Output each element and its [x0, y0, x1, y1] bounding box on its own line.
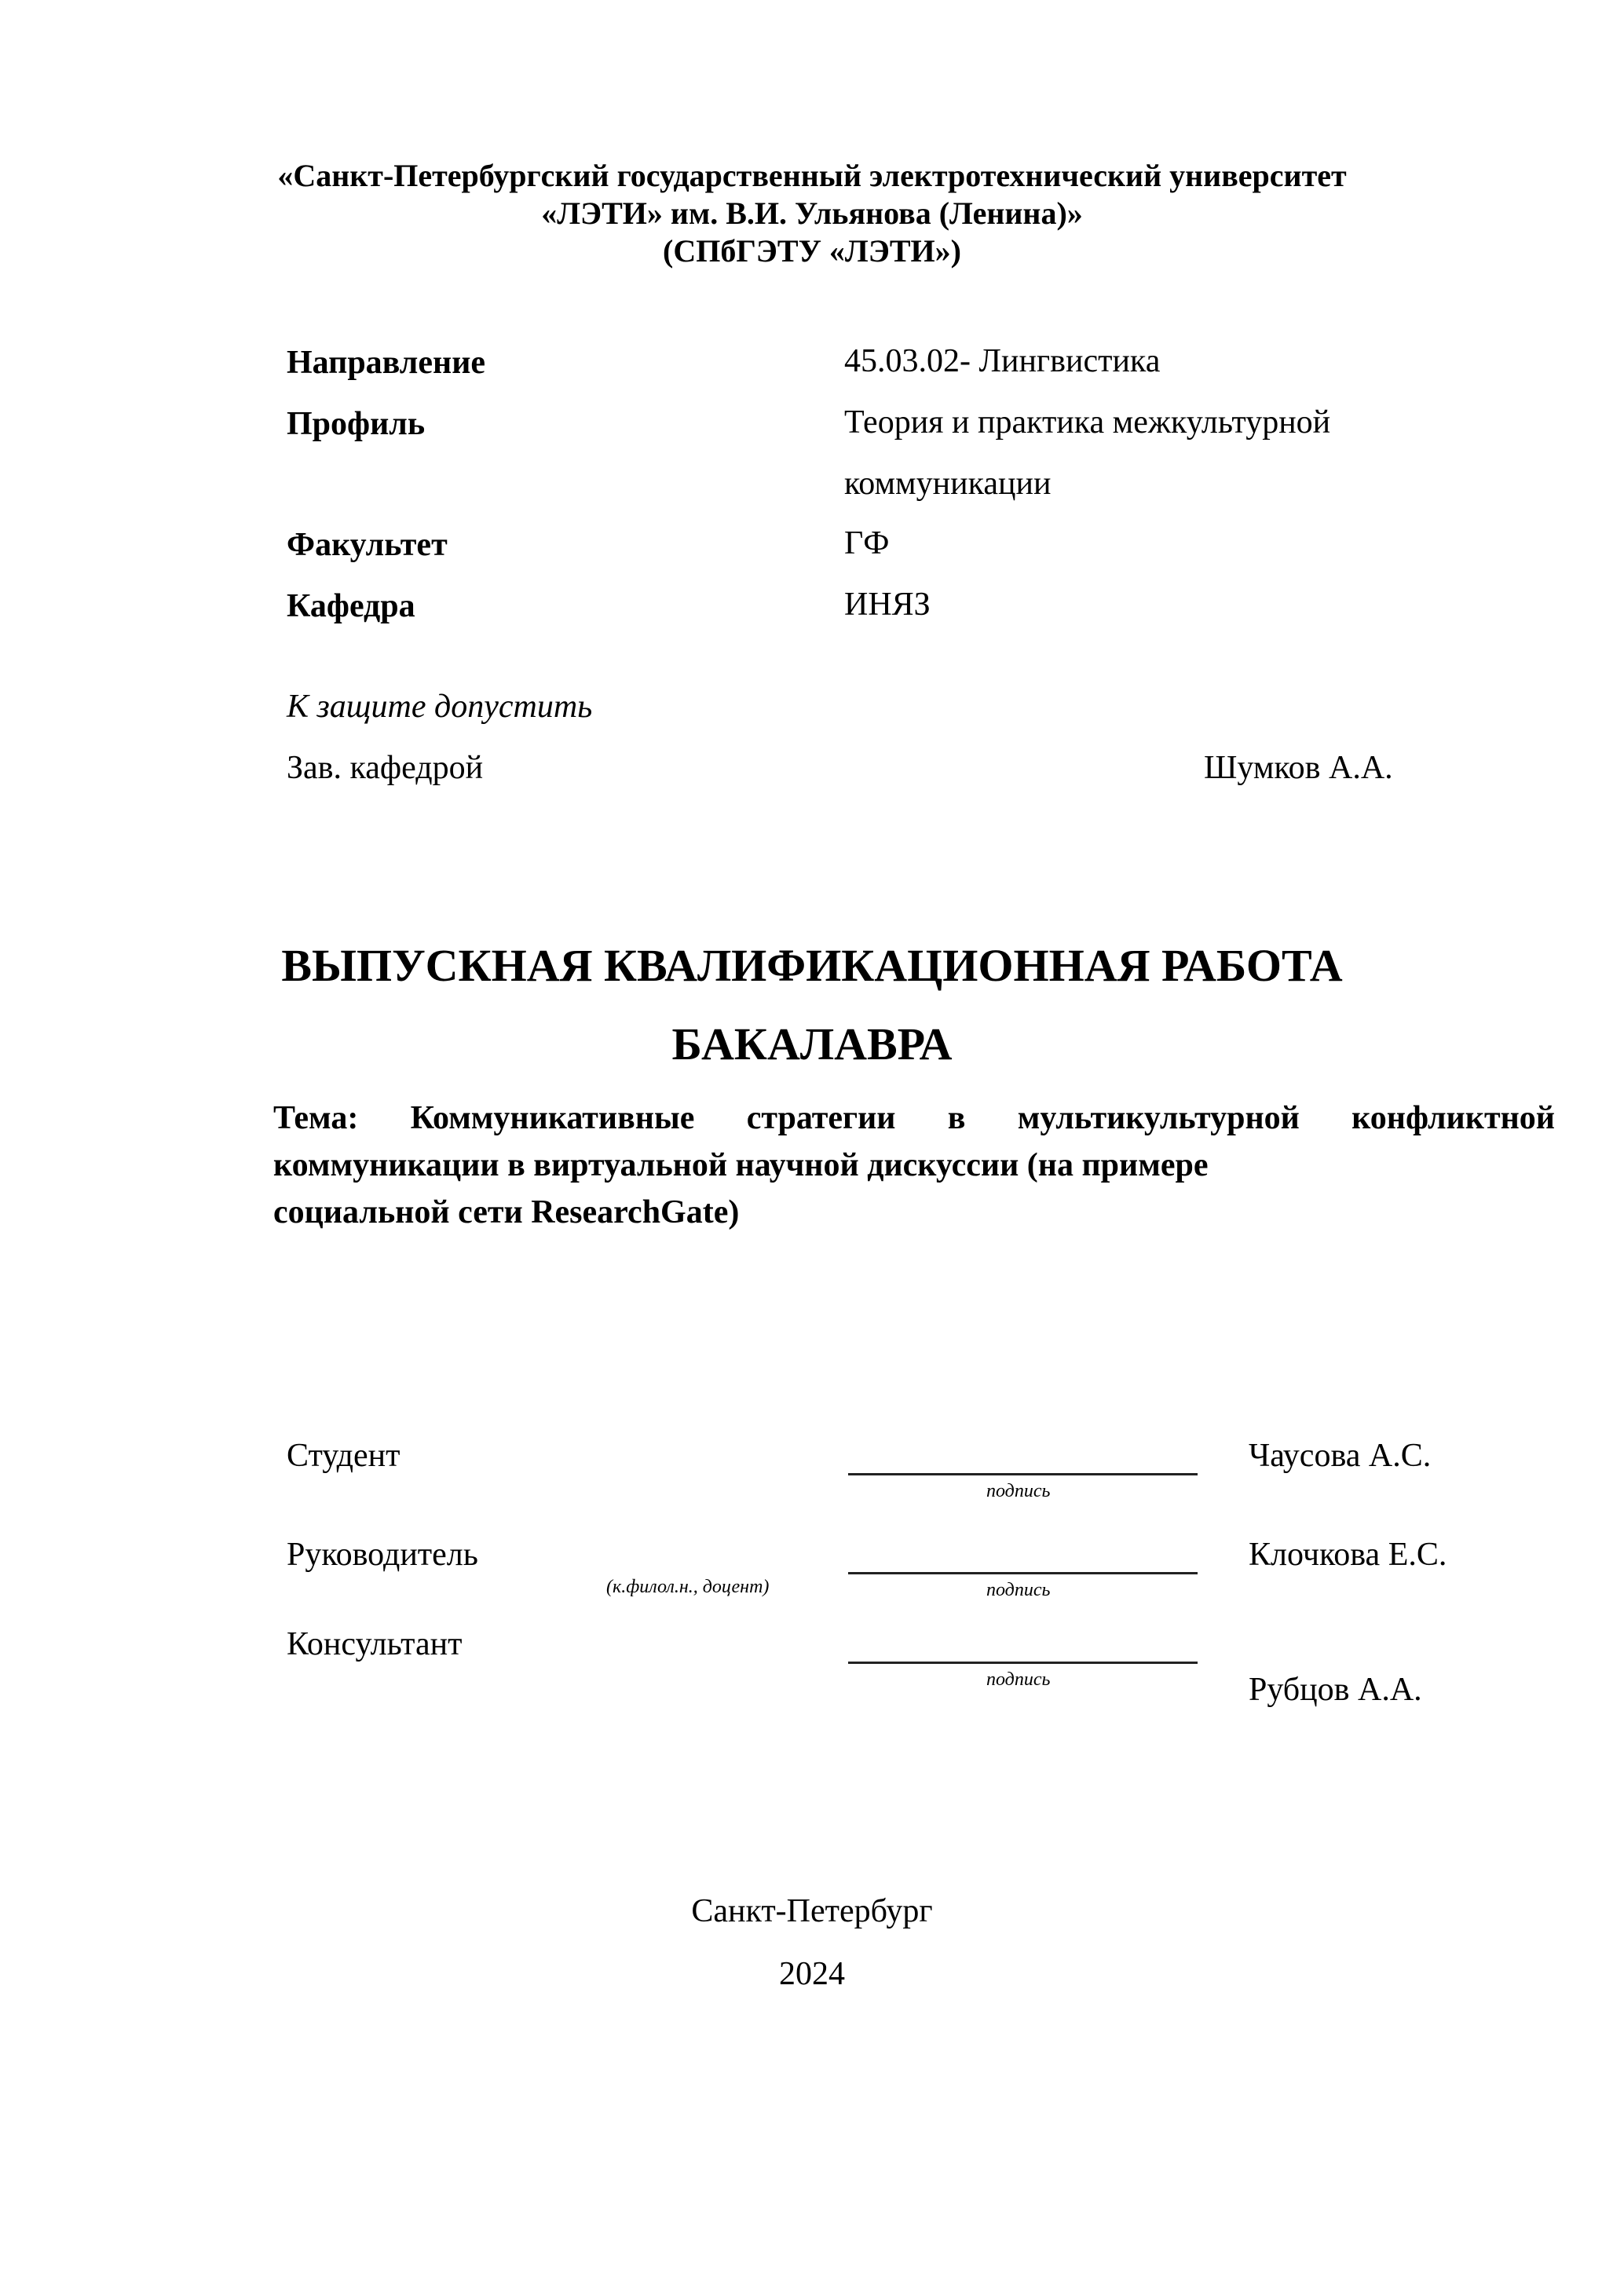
field-value-profile: Теория и практика межкультурной — [844, 404, 1330, 441]
university-name-line2: «ЛЭТИ» им. В.И. Ульянова (Ленина)» — [0, 195, 1624, 232]
signature-role-consultant: Консультант — [287, 1625, 463, 1663]
topic-text: Тема: Коммуникативные стратегии в мульти… — [273, 1100, 1555, 1183]
signature-name-student: Чаусова А.С. — [1249, 1437, 1431, 1475]
signature-line-supervisor — [848, 1572, 1198, 1574]
admission-title: К защите допустить — [287, 688, 592, 726]
signature-role-supervisor: Руководитель — [287, 1536, 478, 1574]
field-value-direction: 45.03.02- Лингвистика — [844, 342, 1160, 380]
signature-line-student — [848, 1473, 1198, 1475]
signature-caption-supervisor: подпись — [986, 1580, 1050, 1601]
footer-year: 2024 — [0, 1955, 1624, 1993]
field-label-profile: Профиль — [287, 405, 425, 443]
university-name-line1: «Санкт-Петербургский государственный эле… — [0, 157, 1624, 195]
signature-caption-student: подпись — [986, 1481, 1050, 1502]
work-title-line2: БАКАЛАВРА — [0, 1018, 1624, 1070]
field-value-faculty: ГФ — [844, 525, 889, 562]
signature-role-student: Студент — [287, 1437, 400, 1475]
field-label-department: Кафедра — [287, 587, 415, 625]
topic: Тема: Коммуникативные стратегии в мульти… — [273, 1095, 1555, 1236]
field-label-faculty: Факультет — [287, 526, 448, 564]
field-value-profile-cont: коммуникации — [844, 465, 1051, 503]
field-label-direction: Направление — [287, 344, 485, 382]
field-value-department: ИНЯЗ — [844, 586, 931, 623]
signature-line-consultant — [848, 1662, 1198, 1664]
university-header: «Санкт-Петербургский государственный эле… — [0, 157, 1624, 270]
admission-role: Зав. кафедрой — [287, 749, 483, 787]
signature-name-consultant: Рубцов А.А. — [1249, 1671, 1422, 1709]
signature-name-supervisor: Клочкова Е.С. — [1249, 1536, 1447, 1574]
topic-text-last-line: социальной сети ResearchGate) — [273, 1189, 1555, 1236]
work-title-line1: ВЫПУСКНАЯ КВАЛИФИКАЦИОННАЯ РАБОТА — [0, 939, 1624, 992]
signature-caption-consultant: подпись — [986, 1669, 1050, 1691]
supervisor-degree: (к.филол.н., доцент) — [606, 1577, 769, 1598]
admission-name: Шумков А.А. — [1204, 749, 1393, 787]
university-abbreviation: (СПбГЭТУ «ЛЭТИ») — [0, 232, 1624, 270]
footer-city: Санкт-Петербург — [0, 1892, 1624, 1930]
